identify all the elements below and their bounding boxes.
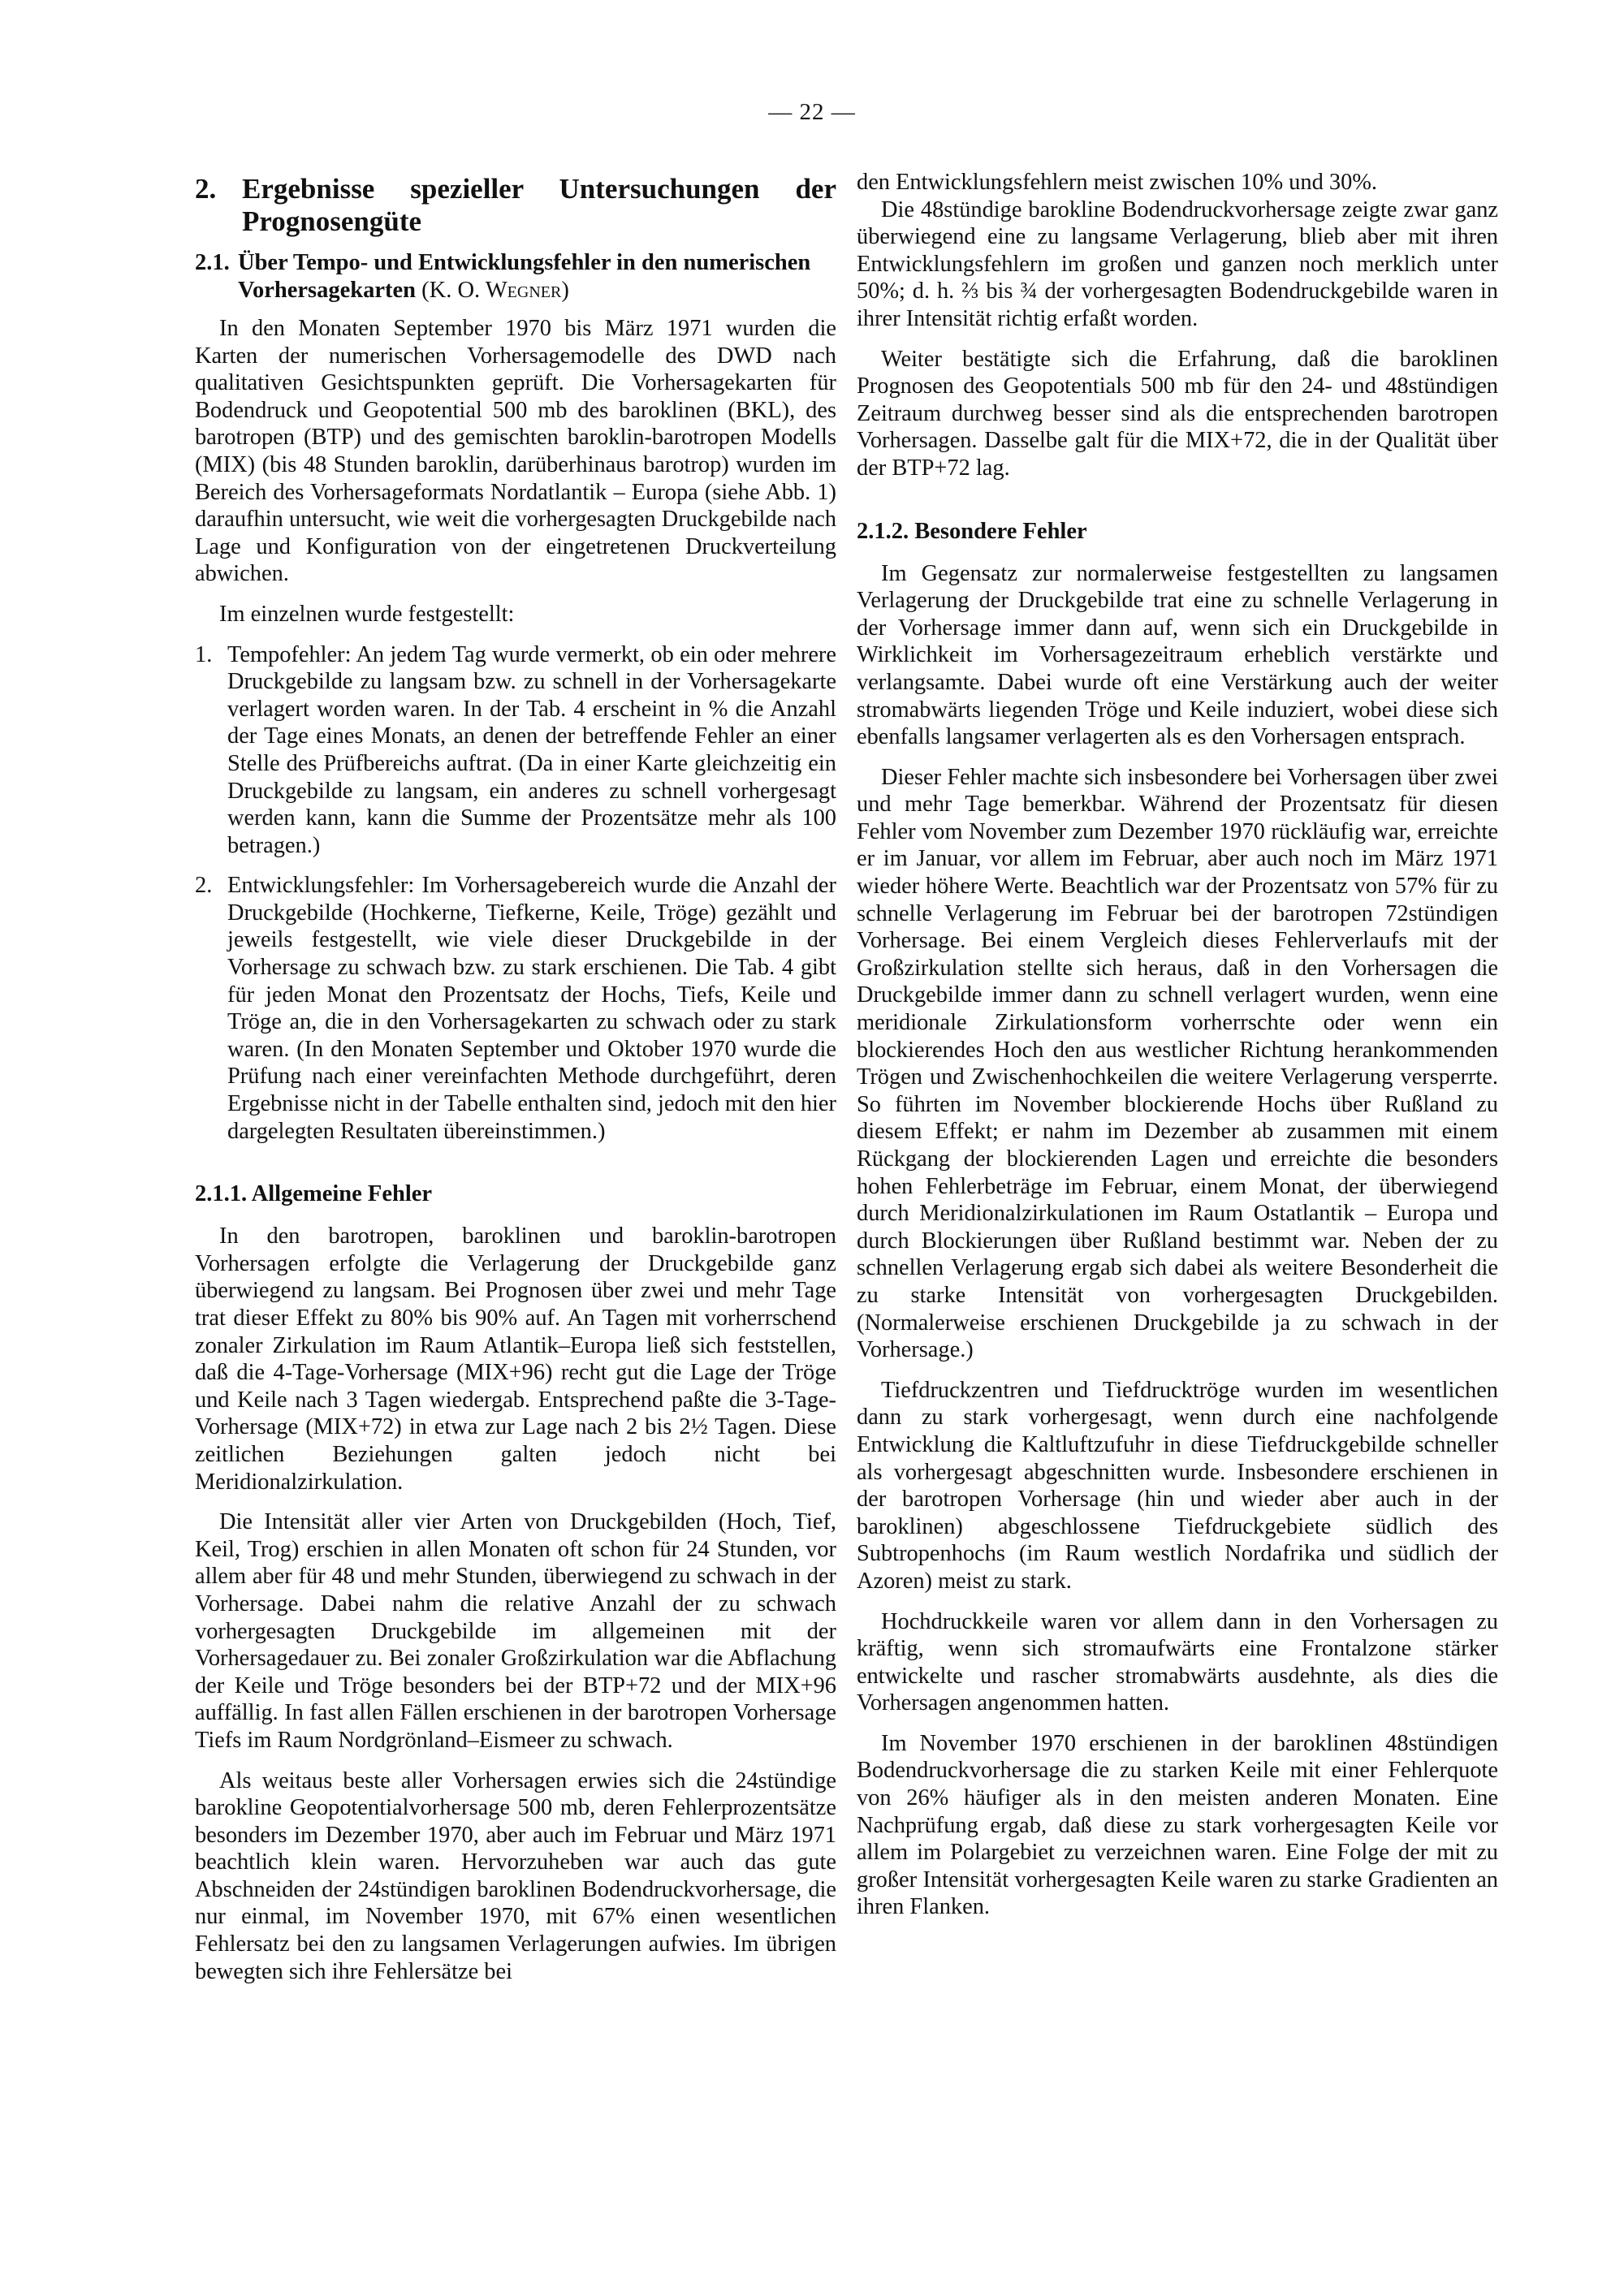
paragraph: Als weitaus beste aller Vorhersagen erwi… — [195, 1767, 836, 1986]
findings-list: 1. Tempofehler: An jedem Tag wurde verme… — [195, 641, 836, 1146]
paragraph: Im November 1970 erschienen in der barok… — [857, 1730, 1498, 1921]
intro-paragraph: In den Monaten September 1970 bis März 1… — [195, 315, 836, 588]
section-title: Ergebnisse spezieller Untersuchungen der… — [242, 173, 836, 238]
section-heading-2-1-1: 2.1.1. Allgemeine Fehler — [195, 1180, 836, 1208]
author: (K. O. Wegner) — [421, 278, 569, 303]
list-item-text: Entwicklungsfehler: Im Vorhersagebereich… — [227, 872, 836, 1145]
paragraph: Hochdruckkeile waren vor allem dann in d… — [857, 1608, 1498, 1717]
list-item-number: 2. — [195, 872, 227, 1145]
paragraph: Im Gegensatz zur normalerweise festgeste… — [857, 560, 1498, 751]
paragraph: Die Intensität aller vier Arten von Druc… — [195, 1508, 836, 1754]
section-number: 2. — [195, 173, 242, 238]
left-column: 2. Ergebnisse spezieller Untersuchungen … — [195, 166, 836, 1998]
section-heading-2-1-2: 2.1.2. Besondere Fehler — [857, 518, 1498, 546]
list-item-number: 1. — [195, 641, 227, 860]
section-heading-2-1: 2.1. Über Tempo- und Entwicklungsfehler … — [195, 249, 836, 304]
list-item: 1. Tempofehler: An jedem Tag wurde verme… — [195, 641, 836, 860]
subsection-number: 2.1. — [195, 249, 238, 304]
paragraph: In den barotropen, baroklinen und barokl… — [195, 1223, 836, 1495]
paragraph: Dieser Fehler machte sich insbesondere b… — [857, 764, 1498, 1364]
page-number: — 22 — — [0, 99, 1624, 126]
list-item: 2. Entwicklungsfehler: Im Vorhersagebere… — [195, 872, 836, 1145]
list-item-text: Tempofehler: An jedem Tag wurde vermerkt… — [227, 641, 836, 860]
list-intro: Im einzelnen wurde festgestellt: — [195, 601, 836, 628]
continued-paragraph: den Entwicklungsfehlern meist zwischen 1… — [857, 169, 1498, 196]
paragraph: Die 48stündige barokline Bodendruckvorhe… — [857, 196, 1498, 333]
section-heading-2: 2. Ergebnisse spezieller Untersuchungen … — [195, 173, 836, 238]
right-column: den Entwicklungsfehlern meist zwischen 1… — [857, 169, 1498, 1934]
paragraph: Tiefdruckzentren und Tiefdrucktröge wurd… — [857, 1377, 1498, 1595]
paragraph: Weiter bestätigte sich die Erfahrung, da… — [857, 346, 1498, 482]
